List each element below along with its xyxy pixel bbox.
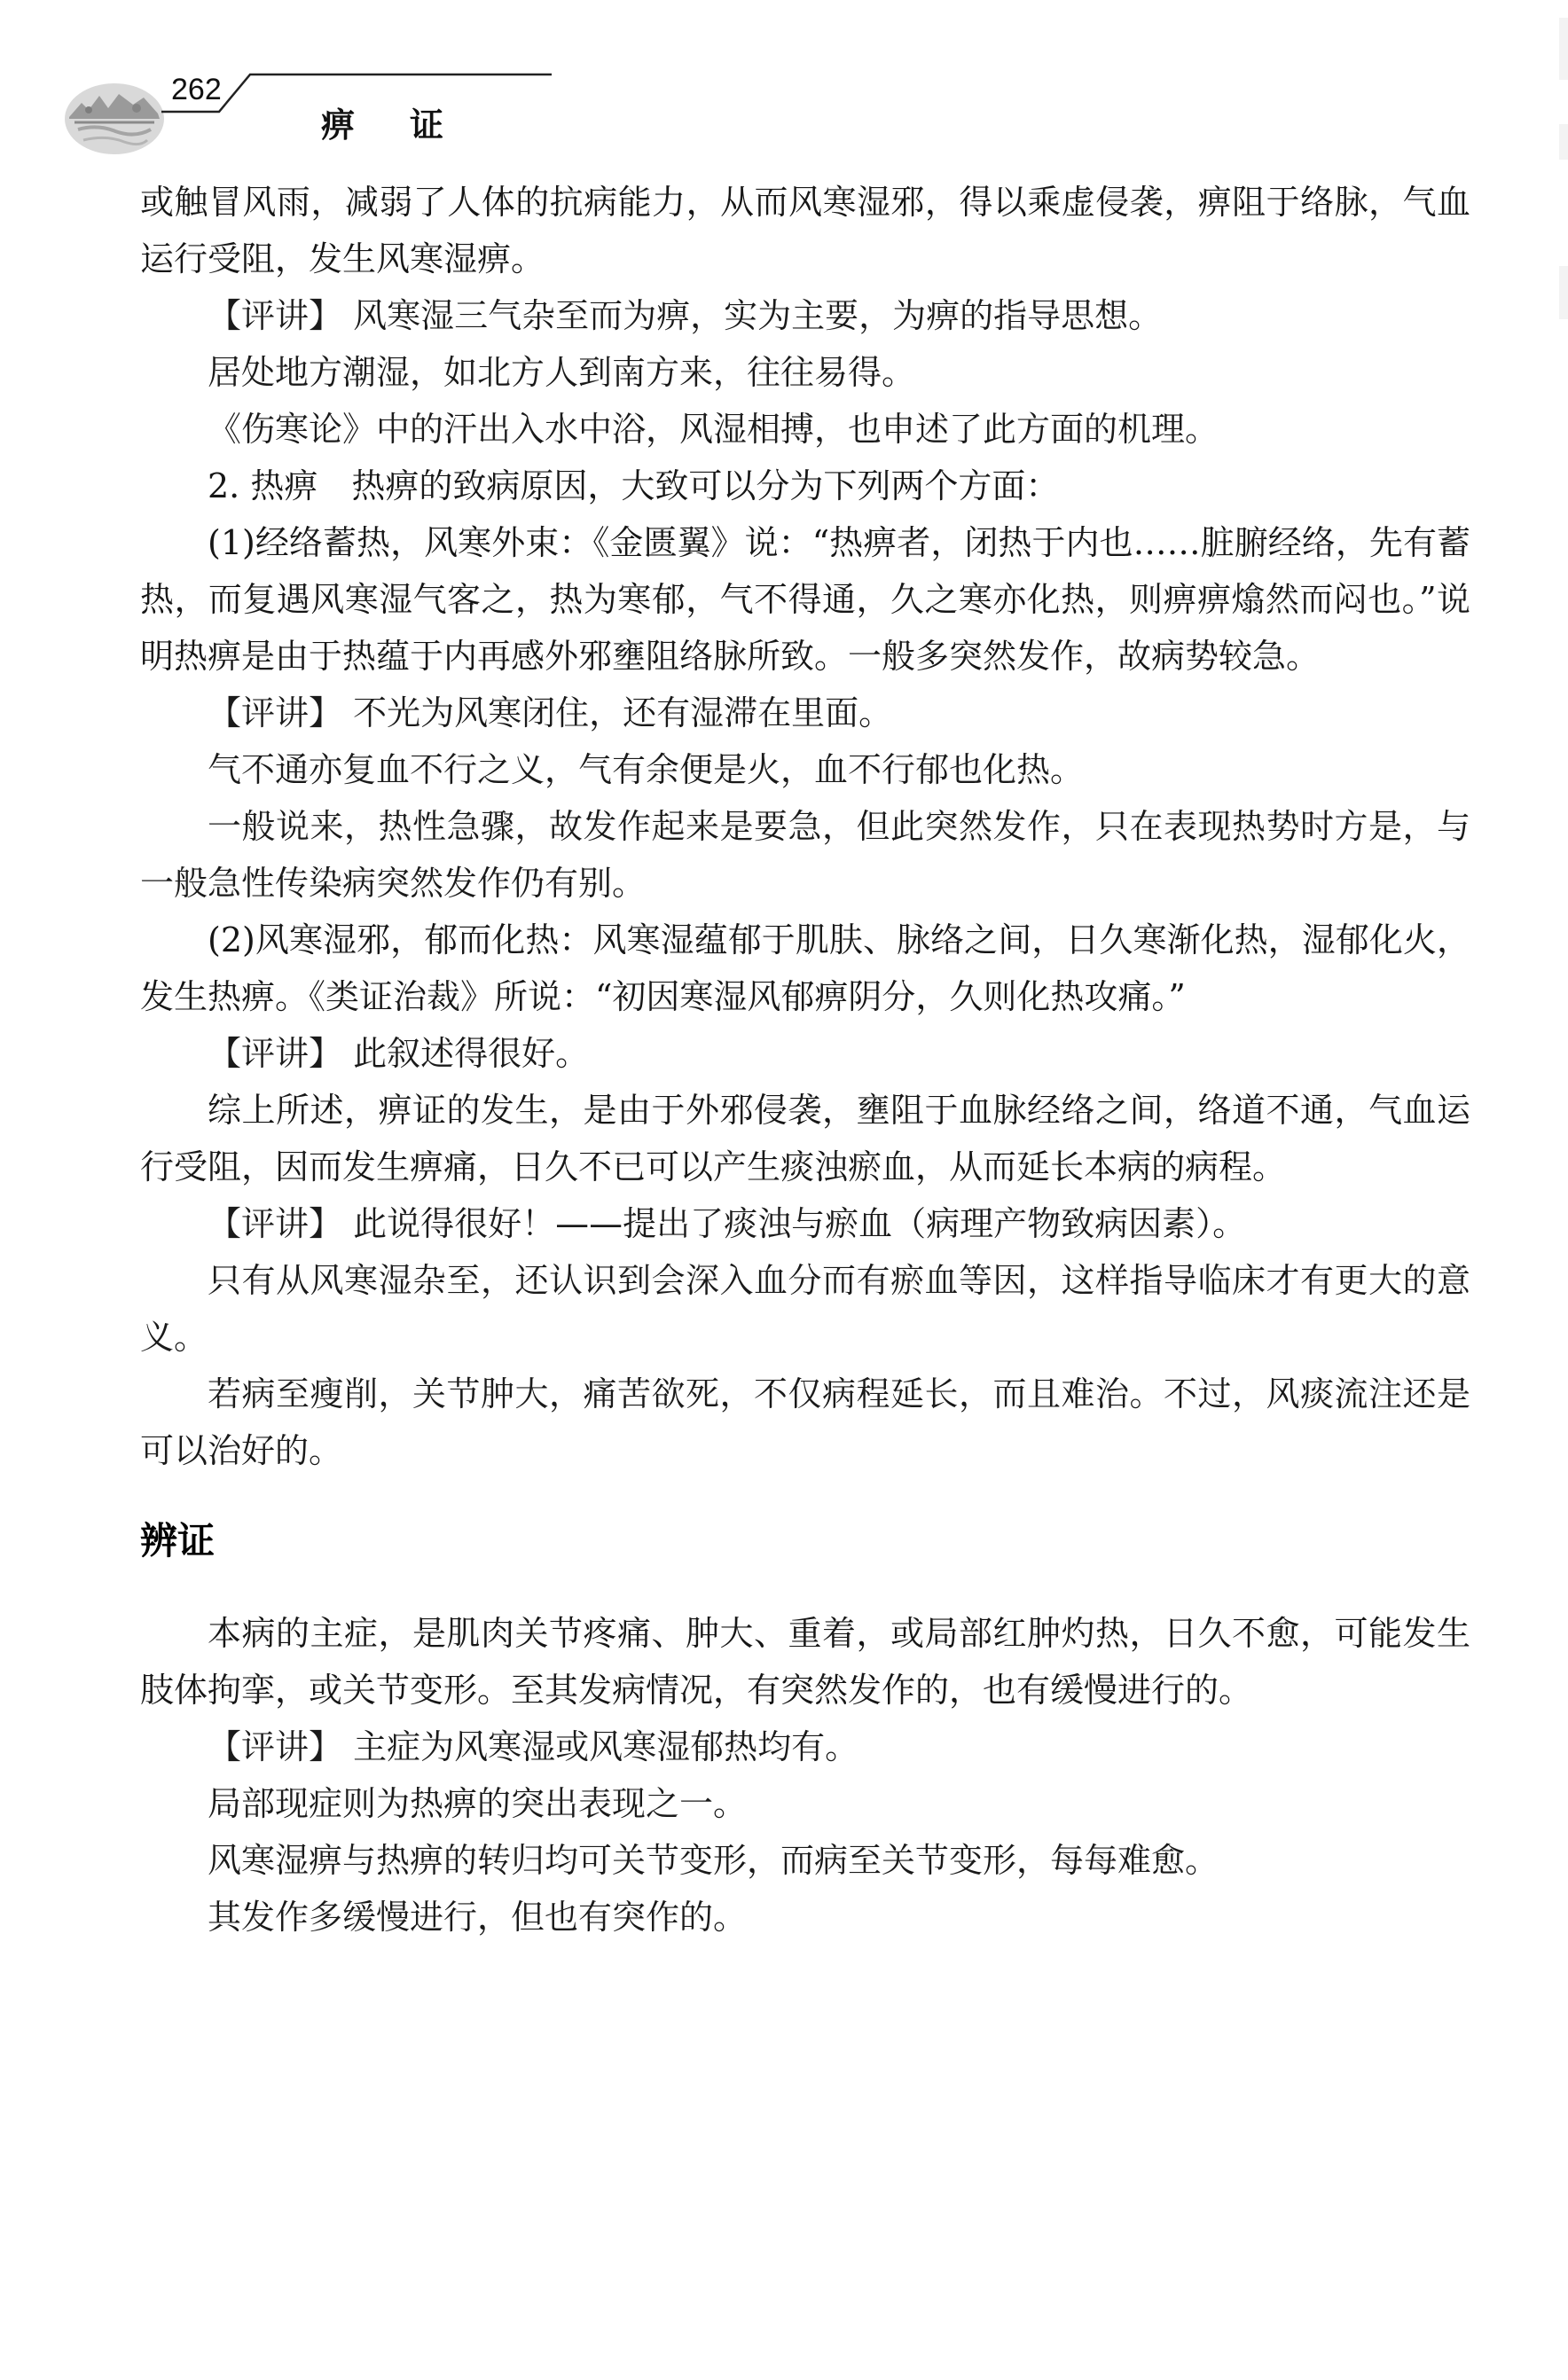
commentary-paragraph: 【评讲】 主症为风寒湿或风寒湿郁热均有。 [140, 1718, 1470, 1775]
paragraph: 居处地方潮湿，如北方人到南方来，往往易得。 [140, 344, 1470, 401]
commentary-label: 【评讲】 [208, 1034, 342, 1073]
paragraph: 本病的主症，是肌肉关节疼痛、肿大、重着，或局部红肿灼热，日久不愈，可能发生肢体拘… [140, 1605, 1470, 1718]
landscape-vignette-icon [62, 78, 167, 160]
paragraph: 局部现症则为热痹的突出表现之一。 [140, 1775, 1470, 1832]
commentary-paragraph: 【评讲】 此叙述得很好。 [140, 1025, 1470, 1082]
commentary-paragraph: 【评讲】 此说得很好！——提出了痰浊与瘀血（病理产物致病因素）。 [140, 1195, 1470, 1252]
commentary-label: 【评讲】 [208, 296, 342, 335]
paragraph: 一般说来，热性急骤，故发作起来是要急，但此突然发作，只在表现热势时方是，与一般急… [140, 798, 1470, 912]
paragraph: 《伤寒论》中的汗出入水中浴，风湿相搏，也申述了此方面的机理。 [140, 401, 1470, 458]
page-header: 262 痹证 [62, 69, 523, 167]
subsection-paragraph: 2. 热痹 热痹的致病原因，大致可以分为下列两个方面： [140, 458, 1470, 514]
commentary-paragraph: 【评讲】 风寒湿三气杂至而为痹，实为主要，为痹的指导思想。 [140, 287, 1470, 344]
paragraph: 只有从风寒湿杂至，还认识到会深入血分而有瘀血等因，这样指导临床才有更大的意义。 [140, 1252, 1470, 1366]
chapter-title: 痹证 [321, 98, 498, 146]
paragraph: (1)经络蓄热，风寒外束：《金匮翼》说：“热痹者，闭热于内也……脏腑经络，先有蓄… [140, 514, 1470, 685]
scan-edge-shadow [1559, 266, 1568, 319]
commentary-label: 【评讲】 [208, 1727, 342, 1766]
page-body: 或触冒风雨，减弱了人体的抗病能力，从而风寒湿邪，得以乘虚侵袭，痹阻于络脉，气血运… [140, 174, 1470, 1945]
paragraph: 或触冒风雨，减弱了人体的抗病能力，从而风寒湿邪，得以乘虚侵袭，痹阻于络脉，气血运… [140, 174, 1470, 287]
scan-edge-shadow [1559, 18, 1568, 80]
paragraph: 其发作多缓慢进行，但也有突作的。 [140, 1889, 1470, 1945]
commentary-label: 【评讲】 [208, 1204, 342, 1243]
scan-edge-shadow [1559, 124, 1568, 160]
commentary-label: 【评讲】 [208, 693, 342, 732]
commentary-paragraph: 【评讲】 不光为风寒闭住，还有湿滞在里面。 [140, 685, 1470, 741]
section-heading: 辨证 [140, 1513, 1470, 1570]
paragraph: (2)风寒湿邪，郁而化热：风寒湿蕴郁于肌肤、脉络之间，日久寒渐化热，湿郁化火，发… [140, 912, 1470, 1025]
paragraph: 气不通亦复血不行之义，气有余便是火，血不行郁也化热。 [140, 741, 1470, 798]
paragraph: 风寒湿痹与热痹的转归均可关节变形，而病至关节变形，每每难愈。 [140, 1832, 1470, 1889]
page-number: 262 [171, 73, 222, 107]
paragraph: 若病至瘦削，关节肿大，痛苦欲死，不仅病程延长，而且难治。不过，风痰流注还是可以治… [140, 1366, 1470, 1479]
paragraph: 综上所述，痹证的发生，是由于外邪侵袭，壅阻于血脉经络之间，络道不通，气血运行受阻… [140, 1082, 1470, 1195]
